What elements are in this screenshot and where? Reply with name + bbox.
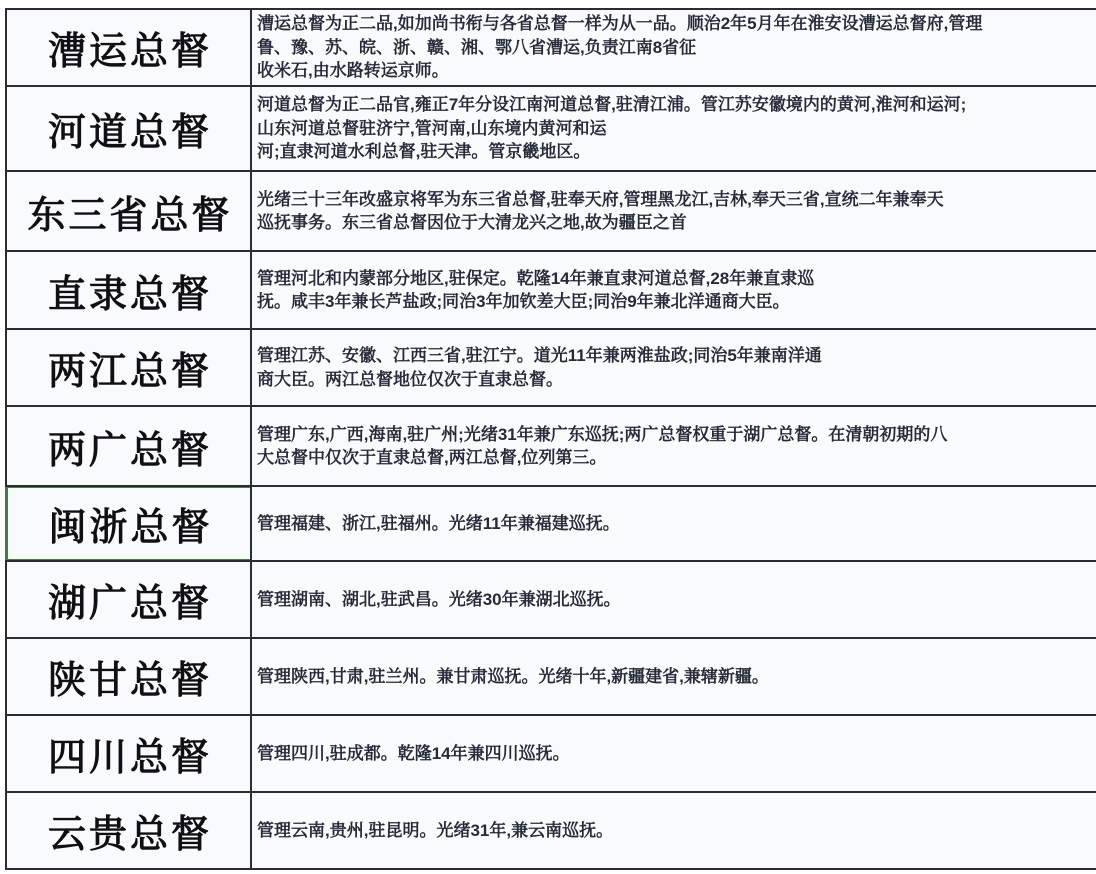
governor-desc-cell[interactable]: 管理广东,广西,海南,驻广州;光绪31年兼广东巡抚;两广总督权重于湖广总督。在清… bbox=[252, 407, 1096, 485]
governor-desc-cell[interactable]: 漕运总督为正二品,如加尚书衔与各省总督一样为从一品。顺治2年5月年在淮安设漕运总… bbox=[252, 10, 1096, 85]
governor-name-text: 直隶总督 bbox=[45, 263, 212, 318]
table-row-shangan: 陕甘总督 管理陕西,甘肃,驻兰州。兼甘肃巡抚。光绪十年,新疆建省,兼辖新疆。 bbox=[5, 639, 1096, 716]
table-row-zhili: 直隶总督 管理河北和内蒙部分地区,驻保定。乾隆14年兼直隶河道总督,28年兼直隶… bbox=[5, 252, 1096, 330]
governor-name-cell[interactable]: 漕运总督 bbox=[5, 10, 252, 85]
table-row-hedao: 河道总督 河道总督为正二品官,雍正7年分设江南河道总督,驻清江浦。管江苏安徽境内… bbox=[5, 87, 1096, 172]
governor-desc-text: 河道总督为正二品官,雍正7年分设江南河道总督,驻清江浦。管江苏安徽境内的黄河,淮… bbox=[257, 93, 966, 164]
governor-name-text: 湖广总督 bbox=[45, 572, 212, 627]
governor-name-cell[interactable]: 两江总督 bbox=[5, 330, 252, 405]
governor-desc-cell[interactable]: 光绪三十三年改盛京将军为东三省总督,驻奉天府,管理黑龙江,吉林,奉天三省,宣统二… bbox=[252, 172, 1096, 250]
governor-desc-cell[interactable]: 管理江苏、安徽、江西三省,驻江宁。道光11年兼两淮盐政;同治5年兼南洋通 商大臣… bbox=[252, 330, 1096, 405]
governor-name-cell[interactable]: 河道总督 bbox=[5, 87, 252, 170]
governor-desc-text: 漕运总督为正二品,如加尚书衔与各省总督一样为从一品。顺治2年5月年在淮安设漕运总… bbox=[257, 12, 982, 83]
governor-desc-text: 管理四川,驻成都。乾隆14年兼四川巡抚。 bbox=[257, 742, 570, 766]
governor-desc-cell[interactable]: 管理福建、浙江,驻福州。光绪11年兼福建巡抚。 bbox=[252, 487, 1096, 560]
governor-name-cell[interactable]: 四川总督 bbox=[5, 716, 252, 791]
governor-desc-text: 管理陕西,甘肃,驻兰州。兼甘肃巡抚。光绪十年,新疆建省,兼辖新疆。 bbox=[257, 665, 769, 689]
governor-name-text: 闽浙总督 bbox=[45, 496, 212, 551]
governor-desc-cell[interactable]: 河道总督为正二品官,雍正7年分设江南河道总督,驻清江浦。管江苏安徽境内的黄河,淮… bbox=[252, 87, 1096, 170]
document-page: 漕运总督 漕运总督为正二品,如加尚书衔与各省总督一样为从一品。顺治2年5月年在淮… bbox=[0, 0, 1096, 874]
governor-desc-cell[interactable]: 管理陕西,甘肃,驻兰州。兼甘肃巡抚。光绪十年,新疆建省,兼辖新疆。 bbox=[252, 639, 1096, 714]
governor-name-cell-selected[interactable]: 闽浙总督 bbox=[5, 487, 252, 560]
table-row-caoyun: 漕运总督 漕运总督为正二品,如加尚书衔与各省总督一样为从一品。顺治2年5月年在淮… bbox=[5, 10, 1096, 87]
governor-name-cell[interactable]: 东三省总督 bbox=[5, 172, 252, 250]
governor-name-text: 两广总督 bbox=[45, 419, 212, 474]
table-row-liangjiang: 两江总督 管理江苏、安徽、江西三省,驻江宁。道光11年兼两淮盐政;同治5年兼南洋… bbox=[5, 330, 1096, 407]
governors-table: 漕运总督 漕运总督为正二品,如加尚书衔与各省总督一样为从一品。顺治2年5月年在淮… bbox=[5, 8, 1096, 870]
governor-desc-text: 管理广东,广西,海南,驻广州;光绪31年兼广东巡抚;两广总督权重于湖广总督。在清… bbox=[257, 423, 947, 470]
table-row-dongsansheng: 东三省总督 光绪三十三年改盛京将军为东三省总督,驻奉天府,管理黑龙江,吉林,奉天… bbox=[5, 172, 1096, 252]
table-row-sichuan: 四川总督 管理四川,驻成都。乾隆14年兼四川巡抚。 bbox=[5, 716, 1096, 793]
governor-desc-cell[interactable]: 管理河北和内蒙部分地区,驻保定。乾隆14年兼直隶河道总督,28年兼直隶巡 抚。咸… bbox=[252, 252, 1096, 328]
governor-name-text: 云贵总督 bbox=[45, 803, 212, 858]
governor-name-cell[interactable]: 直隶总督 bbox=[5, 252, 252, 328]
governor-desc-text: 管理云南,贵州,驻昆明。光绪31年,兼云南巡抚。 bbox=[257, 819, 613, 843]
governor-desc-cell[interactable]: 管理云南,贵州,驻昆明。光绪31年,兼云南巡抚。 bbox=[252, 793, 1096, 868]
governor-name-cell[interactable]: 陕甘总督 bbox=[5, 639, 252, 714]
table-row-minzhe: 闽浙总督 管理福建、浙江,驻福州。光绪11年兼福建巡抚。 bbox=[5, 487, 1096, 562]
governor-name-text: 河道总督 bbox=[45, 101, 212, 156]
governor-name-text: 漕运总督 bbox=[45, 20, 212, 75]
governor-name-text: 陕甘总督 bbox=[45, 649, 212, 704]
governor-desc-cell[interactable]: 管理四川,驻成都。乾隆14年兼四川巡抚。 bbox=[252, 716, 1096, 791]
governor-name-text: 东三省总督 bbox=[24, 184, 232, 239]
governor-desc-text: 管理河北和内蒙部分地区,驻保定。乾隆14年兼直隶河道总督,28年兼直隶巡 抚。咸… bbox=[257, 267, 814, 314]
governor-desc-text: 管理湖南、湖北,驻武昌。光绪30年兼湖北巡抚。 bbox=[257, 588, 621, 612]
table-row-huguang: 湖广总督 管理湖南、湖北,驻武昌。光绪30年兼湖北巡抚。 bbox=[5, 562, 1096, 639]
governor-desc-text: 光绪三十三年改盛京将军为东三省总督,驻奉天府,管理黑龙江,吉林,奉天三省,宣统二… bbox=[257, 188, 944, 235]
governor-name-text: 两江总督 bbox=[45, 340, 212, 395]
governor-name-cell[interactable]: 云贵总督 bbox=[5, 793, 252, 868]
governor-name-text: 四川总督 bbox=[45, 726, 212, 781]
governor-desc-text: 管理江苏、安徽、江西三省,驻江宁。道光11年兼两淮盐政;同治5年兼南洋通 商大臣… bbox=[257, 344, 822, 391]
table-row-liangguang: 两广总督 管理广东,广西,海南,驻广州;光绪31年兼广东巡抚;两广总督权重于湖广… bbox=[5, 407, 1096, 487]
governor-desc-cell[interactable]: 管理湖南、湖北,驻武昌。光绪30年兼湖北巡抚。 bbox=[252, 562, 1096, 637]
governor-name-cell[interactable]: 湖广总督 bbox=[5, 562, 252, 637]
governor-name-cell[interactable]: 两广总督 bbox=[5, 407, 252, 485]
table-row-yungui: 云贵总督 管理云南,贵州,驻昆明。光绪31年,兼云南巡抚。 bbox=[5, 793, 1096, 870]
governor-desc-text: 管理福建、浙江,驻福州。光绪11年兼福建巡抚。 bbox=[257, 512, 620, 536]
